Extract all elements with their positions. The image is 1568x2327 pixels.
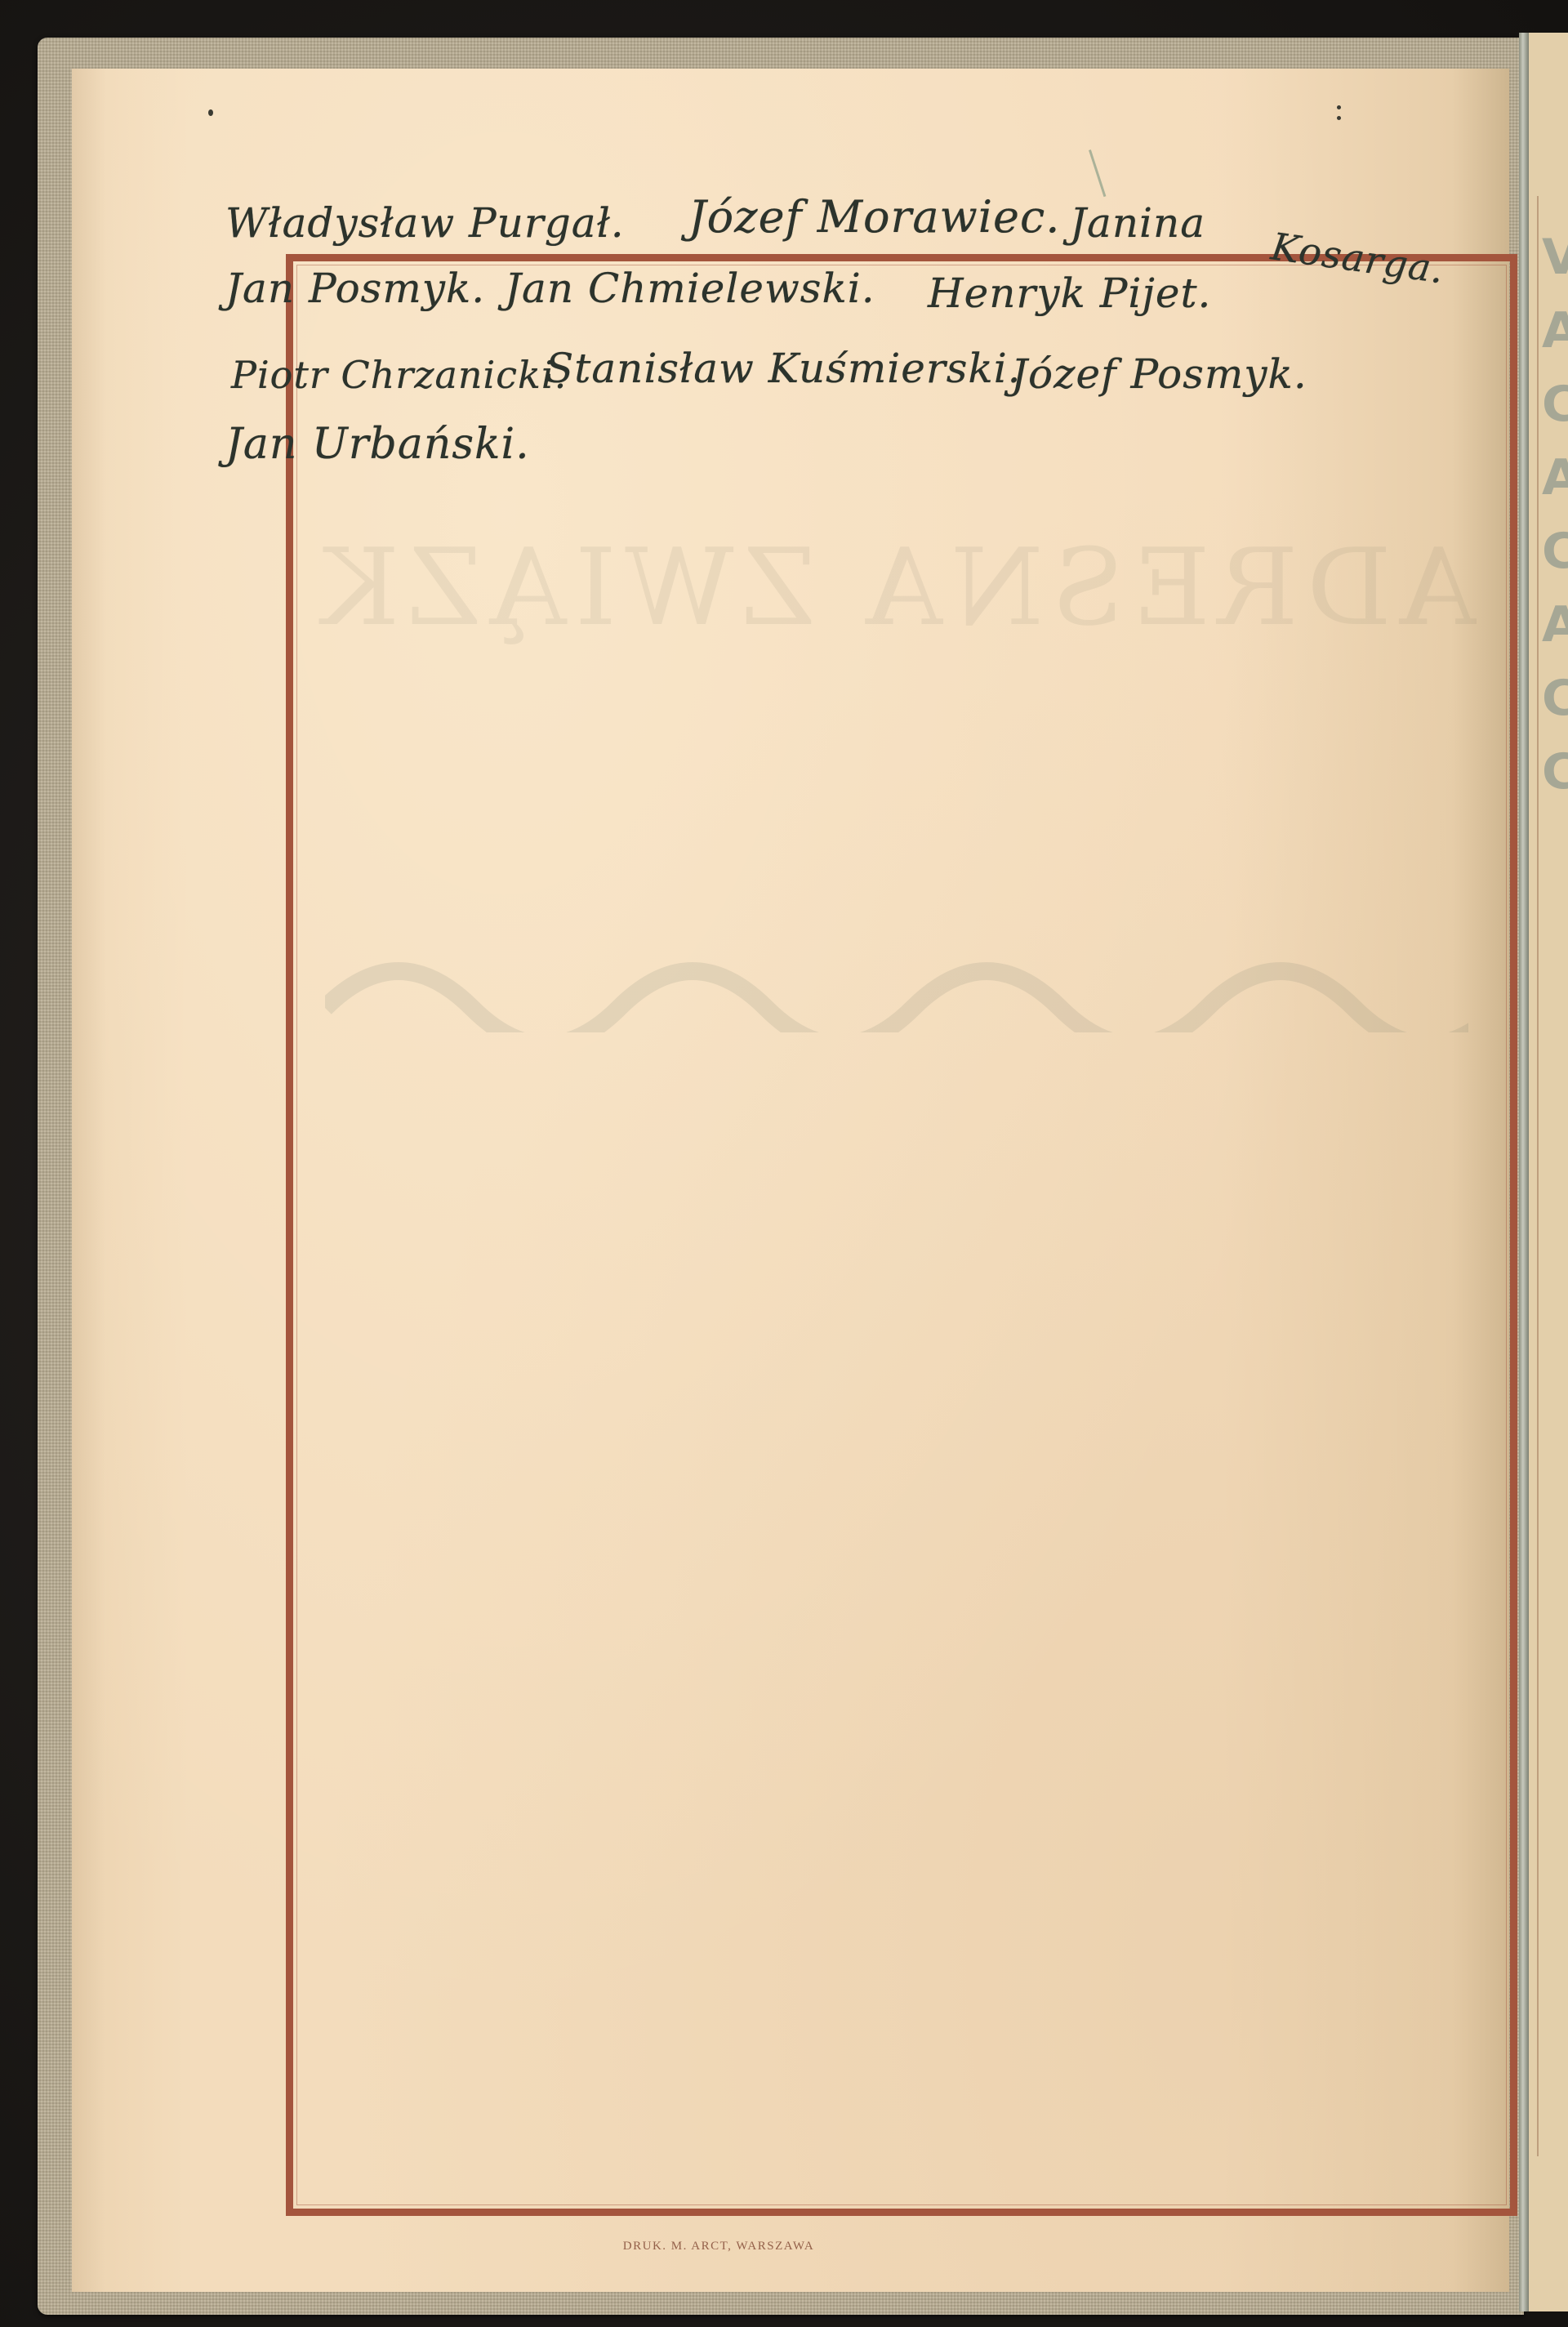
stray-ink-dot [208,109,213,116]
signature-jan-urbanski: Jan Urbański. [225,420,530,469]
signature-jozef-morawiec: Józef Morawiec. [688,191,1060,243]
signature-janina: Janina [1070,199,1205,247]
signature-jozef-posmyk: Józef Posmyk. [1011,350,1307,398]
printer-imprint: DRUK. M. ARCT, WARSZAWA [0,2240,1437,2253]
signature-henryk-pijet: Henryk Pijet. [928,270,1211,317]
frame-inner-line [296,265,1507,2205]
stray-ink-dot [1337,105,1341,109]
next-page-edge: VAC/ACACC [1529,33,1568,2311]
stray-ink-dot [1337,116,1341,120]
next-page-frame-line [1537,196,1539,2156]
signature-wladyslaw-purgal: Władysław Purgał. [225,199,625,247]
page-gutter [72,69,106,2292]
signature-jan-chmielewski: Jan Chmielewski. [505,265,875,312]
document-page: ADRESNA ZWIĄZKU CZŁONKÓW Władysław Purga… [72,69,1509,2292]
signature-jan-posmyk: Jan Posmyk. [225,265,485,312]
signature-piotr-chrzanicki: Piotr Chrzanicki. [231,353,567,397]
signature-stanislaw-kusmierski: Stanisław Kuśmierski. [546,345,1022,392]
stray-pencil-stroke [1089,149,1106,197]
printed-red-frame [286,254,1517,2216]
next-page-glyphs: VAC/ACACC [1542,221,1568,809]
spine-edge [1519,33,1529,2311]
